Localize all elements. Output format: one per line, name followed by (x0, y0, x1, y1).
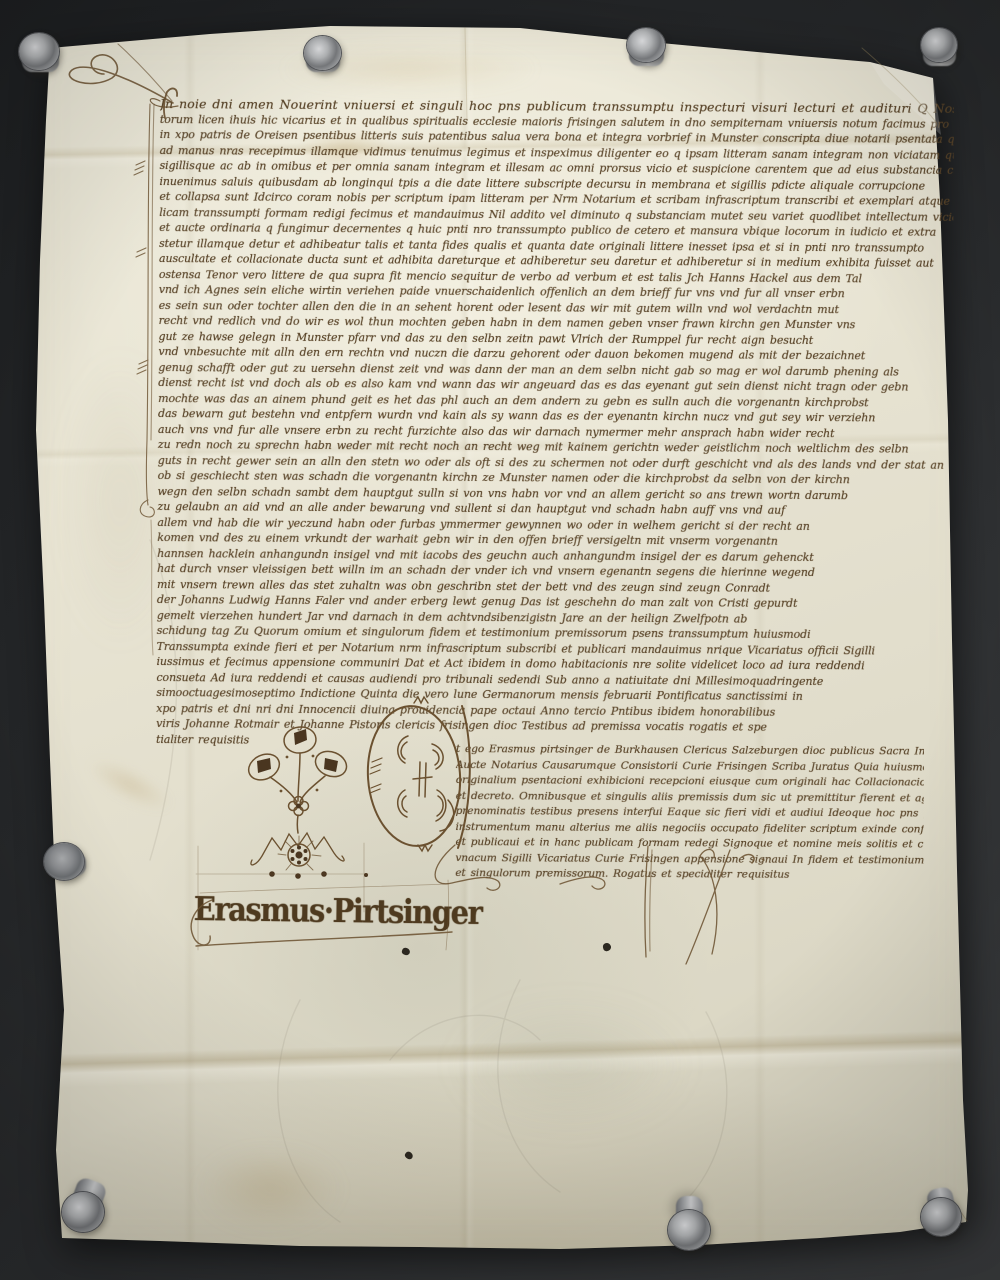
main-text-block: Jn noie dni amen Nouerint vniuersi et si… (156, 96, 954, 752)
parchment-stain (450, 1000, 690, 1130)
parchment-hole (602, 942, 612, 952)
parchment-stain (200, 1150, 340, 1228)
notary-signature: Erasmus·Pirtsinger (194, 893, 474, 929)
parchment-hole (404, 1150, 415, 1161)
parchment-stain (82, 750, 177, 820)
manuscript-photo: Jn noie dni amen Nouerint vniuersi et si… (0, 0, 1000, 1280)
manuscript-text-line: et singulorum premissorum. Rogatus et sp… (455, 866, 923, 884)
parchment-hole (401, 947, 411, 956)
attestation-text-block: t ego Erasmus pirtsinger de Burkhausen C… (455, 742, 924, 884)
